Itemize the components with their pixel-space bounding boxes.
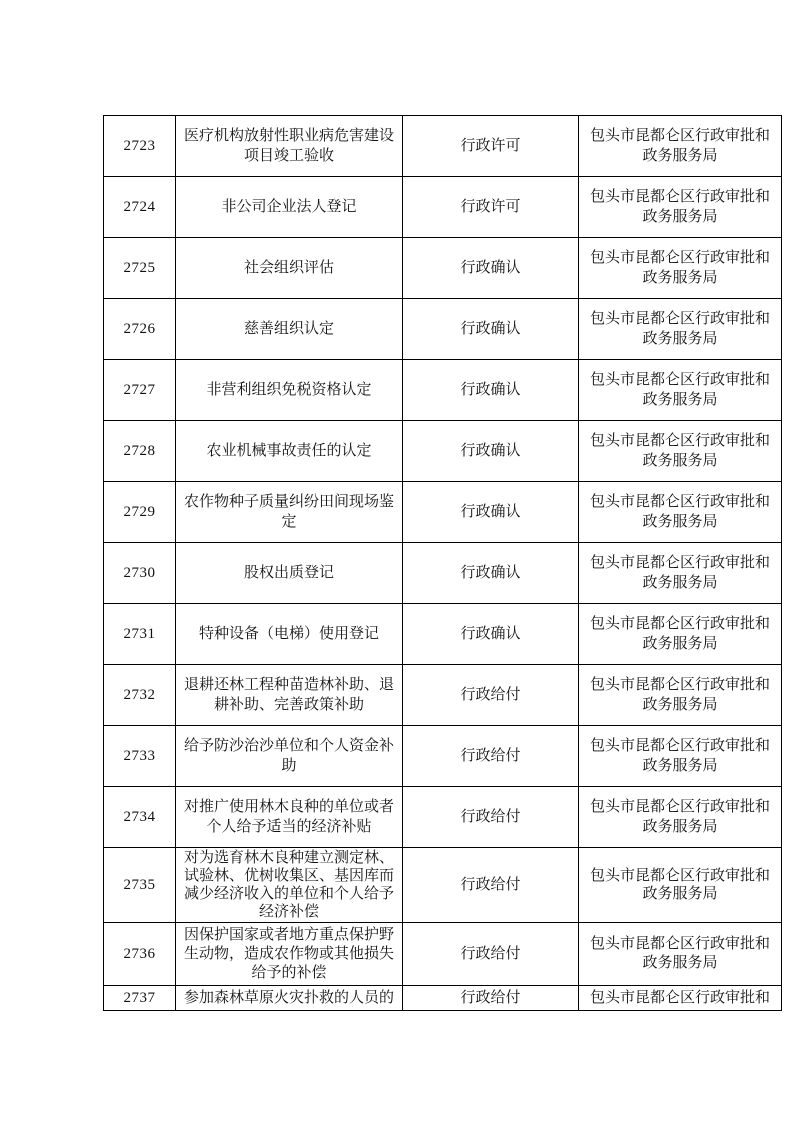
service-name-cell: 医疗机构放射性职业病危害建设项目竣工验收 <box>176 116 403 177</box>
row-id-cell: 2724 <box>104 177 176 238</box>
service-department-cell: 包头市昆都仑区行政审批和政务服务局 <box>579 726 782 787</box>
row-id-cell: 2728 <box>104 421 176 482</box>
row-id-cell: 2734 <box>104 787 176 848</box>
services-table-body: 2723 医疗机构放射性职业病危害建设项目竣工验收 行政许可 包头市昆都仑区行政… <box>104 116 782 1011</box>
service-type-cell: 行政给付 <box>403 665 579 726</box>
service-name-cell: 社会组织评估 <box>176 238 403 299</box>
row-id-cell: 2732 <box>104 665 176 726</box>
table-row: 2725 社会组织评估 行政确认 包头市昆都仑区行政审批和政务服务局 <box>104 238 782 299</box>
row-id-cell: 2735 <box>104 848 176 923</box>
table-row: 2733 给予防沙治沙单位和个人资金补助 行政给付 包头市昆都仑区行政审批和政务… <box>104 726 782 787</box>
row-id-cell: 2725 <box>104 238 176 299</box>
table-row: 2726 慈善组织认定 行政确认 包头市昆都仑区行政审批和政务服务局 <box>104 299 782 360</box>
service-type-cell: 行政许可 <box>403 116 579 177</box>
service-name-cell: 给予防沙治沙单位和个人资金补助 <box>176 726 403 787</box>
service-name-cell: 农业机械事故责任的认定 <box>176 421 403 482</box>
service-name-cell: 参加森林草原火灾扑救的人员的 <box>176 986 403 1011</box>
service-name-cell: 特种设备（电梯）使用登记 <box>176 604 403 665</box>
service-type-cell: 行政确认 <box>403 238 579 299</box>
table-row: 2735 对为选育林木良种建立测定林、试验林、优树收集区、基因库而减少经济收入的… <box>104 848 782 923</box>
service-department-cell: 包头市昆都仑区行政审批和政务服务局 <box>579 848 782 923</box>
table-row: 2724 非公司企业法人登记 行政许可 包头市昆都仑区行政审批和政务服务局 <box>104 177 782 238</box>
service-department-cell: 包头市昆都仑区行政审批和政务服务局 <box>579 604 782 665</box>
service-name-cell: 对为选育林木良种建立测定林、试验林、优树收集区、基因库而减少经济收入的单位和个人… <box>176 848 403 923</box>
services-table: 2723 医疗机构放射性职业病危害建设项目竣工验收 行政许可 包头市昆都仑区行政… <box>103 115 782 1011</box>
service-department-cell: 包头市昆都仑区行政审批和政务服务局 <box>579 116 782 177</box>
service-name-cell: 慈善组织认定 <box>176 299 403 360</box>
row-id-cell: 2729 <box>104 482 176 543</box>
service-department-cell: 包头市昆都仑区行政审批和政务服务局 <box>579 360 782 421</box>
service-type-cell: 行政确认 <box>403 360 579 421</box>
service-type-cell: 行政确认 <box>403 421 579 482</box>
service-department-cell: 包头市昆都仑区行政审批和政务服务局 <box>579 787 782 848</box>
service-department-cell: 包头市昆都仑区行政审批和政务服务局 <box>579 299 782 360</box>
table-row: 2728 农业机械事故责任的认定 行政确认 包头市昆都仑区行政审批和政务服务局 <box>104 421 782 482</box>
service-department-cell: 包头市昆都仑区行政审批和政务服务局 <box>579 665 782 726</box>
service-name-cell: 对推广使用林木良种的单位或者个人给予适当的经济补贴 <box>176 787 403 848</box>
service-department-cell: 包头市昆都仑区行政审批和政务服务局 <box>579 543 782 604</box>
service-type-cell: 行政给付 <box>403 726 579 787</box>
table-row: 2727 非营利组织免税资格认定 行政确认 包头市昆都仑区行政审批和政务服务局 <box>104 360 782 421</box>
table-row: 2736 因保护国家或者地方重点保护野生动物，造成农作物或其他损失给予的补偿 行… <box>104 923 782 986</box>
service-type-cell: 行政给付 <box>403 923 579 986</box>
table-row: 2729 农作物种子质量纠纷田间现场鉴定 行政确认 包头市昆都仑区行政审批和政务… <box>104 482 782 543</box>
row-id-cell: 2730 <box>104 543 176 604</box>
table-row: 2737 参加森林草原火灾扑救的人员的 行政给付 包头市昆都仑区行政审批和 <box>104 986 782 1011</box>
service-type-cell: 行政给付 <box>403 986 579 1011</box>
row-id-cell: 2727 <box>104 360 176 421</box>
service-name-cell: 非公司企业法人登记 <box>176 177 403 238</box>
service-name-cell: 股权出质登记 <box>176 543 403 604</box>
service-name-cell: 因保护国家或者地方重点保护野生动物，造成农作物或其他损失给予的补偿 <box>176 923 403 986</box>
row-id-cell: 2723 <box>104 116 176 177</box>
row-id-cell: 2737 <box>104 986 176 1011</box>
table-row: 2723 医疗机构放射性职业病危害建设项目竣工验收 行政许可 包头市昆都仑区行政… <box>104 116 782 177</box>
table-row: 2732 退耕还林工程种苗造林补助、退耕补助、完善政策补助 行政给付 包头市昆都… <box>104 665 782 726</box>
service-type-cell: 行政确认 <box>403 543 579 604</box>
table-row: 2730 股权出质登记 行政确认 包头市昆都仑区行政审批和政务服务局 <box>104 543 782 604</box>
service-department-cell: 包头市昆都仑区行政审批和政务服务局 <box>579 482 782 543</box>
table-row: 2731 特种设备（电梯）使用登记 行政确认 包头市昆都仑区行政审批和政务服务局 <box>104 604 782 665</box>
document-page: 2723 医疗机构放射性职业病危害建设项目竣工验收 行政许可 包头市昆都仑区行政… <box>0 0 793 1122</box>
service-department-cell: 包头市昆都仑区行政审批和政务服务局 <box>579 238 782 299</box>
service-type-cell: 行政许可 <box>403 177 579 238</box>
row-id-cell: 2726 <box>104 299 176 360</box>
service-department-cell: 包头市昆都仑区行政审批和 <box>579 986 782 1011</box>
service-type-cell: 行政确认 <box>403 604 579 665</box>
service-name-cell: 农作物种子质量纠纷田间现场鉴定 <box>176 482 403 543</box>
service-type-cell: 行政确认 <box>403 482 579 543</box>
service-department-cell: 包头市昆都仑区行政审批和政务服务局 <box>579 923 782 986</box>
service-name-cell: 非营利组织免税资格认定 <box>176 360 403 421</box>
row-id-cell: 2736 <box>104 923 176 986</box>
table-row: 2734 对推广使用林木良种的单位或者个人给予适当的经济补贴 行政给付 包头市昆… <box>104 787 782 848</box>
service-department-cell: 包头市昆都仑区行政审批和政务服务局 <box>579 177 782 238</box>
service-type-cell: 行政确认 <box>403 299 579 360</box>
service-name-cell: 退耕还林工程种苗造林补助、退耕补助、完善政策补助 <box>176 665 403 726</box>
row-id-cell: 2733 <box>104 726 176 787</box>
row-id-cell: 2731 <box>104 604 176 665</box>
service-type-cell: 行政给付 <box>403 848 579 923</box>
service-department-cell: 包头市昆都仑区行政审批和政务服务局 <box>579 421 782 482</box>
service-type-cell: 行政给付 <box>403 787 579 848</box>
